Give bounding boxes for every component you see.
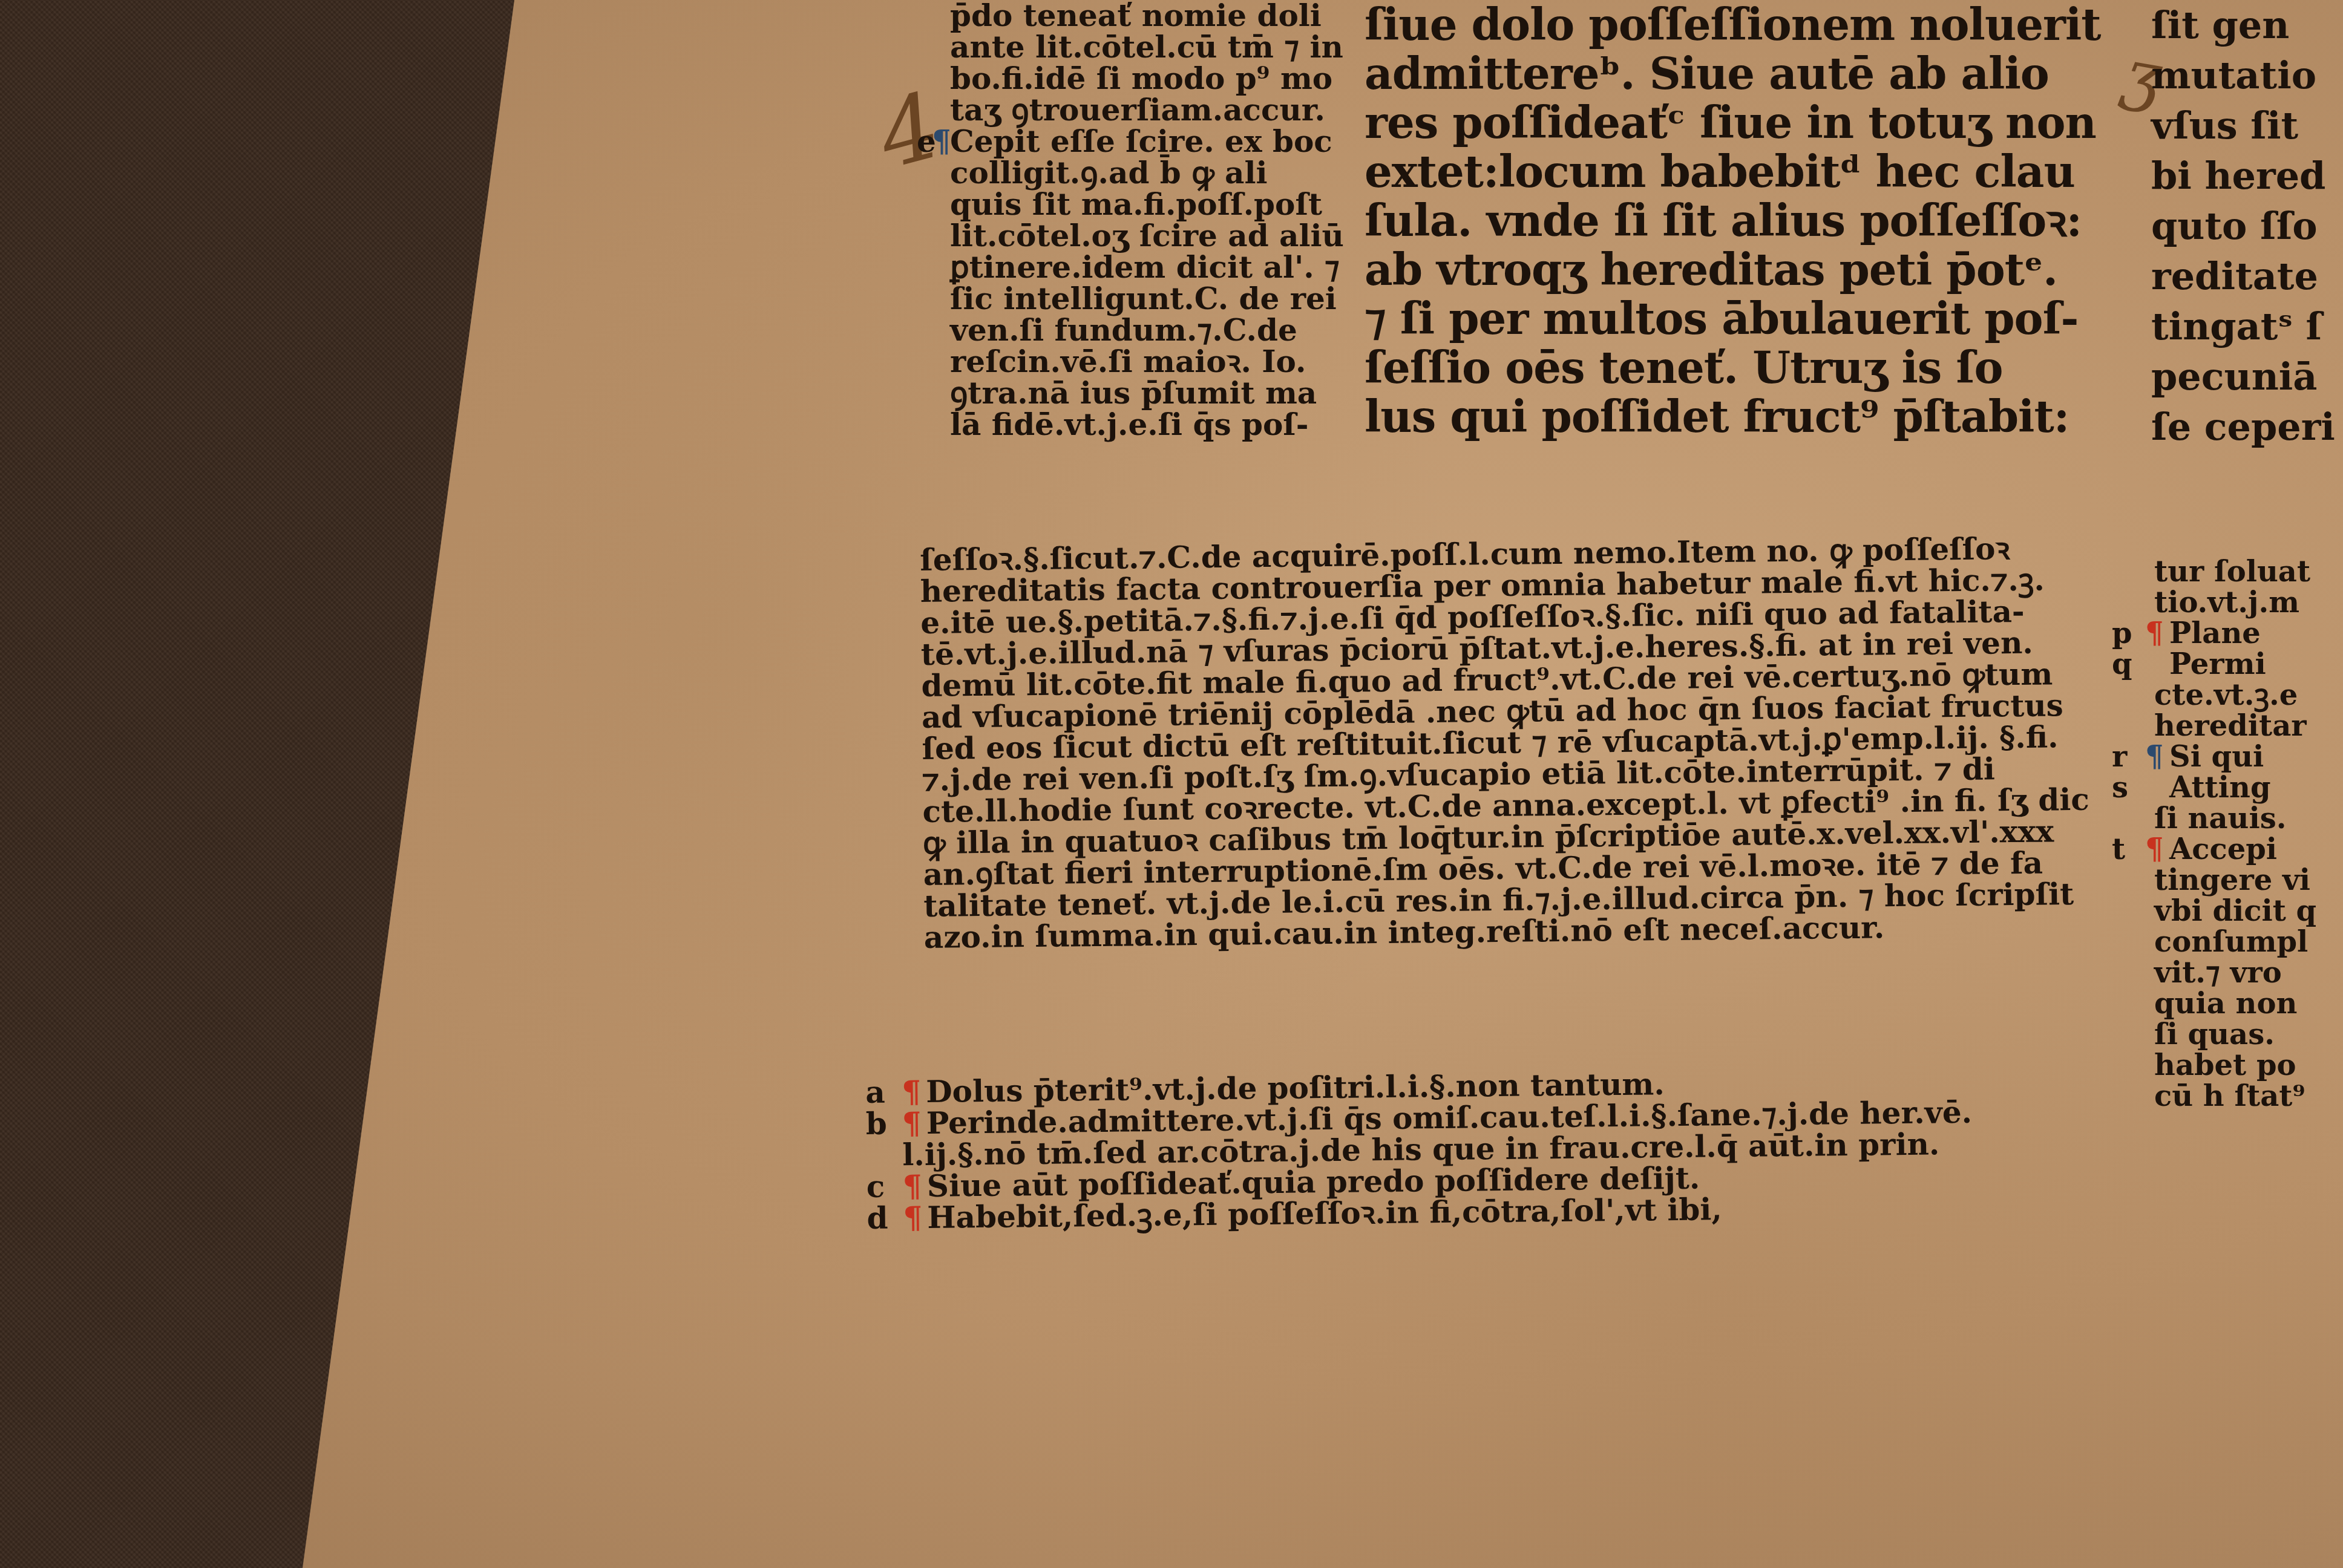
right-gloss-line: vit.⁊ vro <box>2154 958 2316 988</box>
note-letter: c <box>867 1171 903 1203</box>
right-gloss-line: habet po <box>2154 1050 2316 1081</box>
right-gloss-line: cū h ſtat⁹ <box>2154 1081 2316 1112</box>
right-gloss-text: Accepi <box>2169 832 2277 866</box>
gloss-line: ꝑtinere.idem dicit al'. ⁊ <box>950 252 1344 283</box>
right-gloss-text: Permi <box>2169 647 2266 681</box>
right-gloss-line: conſumpl <box>2154 927 2316 958</box>
right-gloss-text: cū h ſtat⁹ <box>2154 1079 2305 1113</box>
right-text-line: pecuniā <box>2151 351 2335 402</box>
gloss-left-column: p̄do teneať nomie doli ante lit.cōtel.cū… <box>950 0 1344 440</box>
main-text-line: extet:locum babebitᵈ hec clau <box>1365 147 2101 196</box>
right-text-column: ſit gen mutatio vſus ſit bi hered quto ſ… <box>2151 0 2335 452</box>
right-gloss-line: cte.vt.ꝫ.e <box>2154 680 2316 711</box>
gloss-line: bo.fi.idē ſi modo p⁹ mo <box>950 63 1344 94</box>
gloss-line: colligit.ꝯ.ad b̄ ꝙ ali <box>950 157 1344 189</box>
main-text-line: ſiue dolo poſſeſſionem noluerit <box>1365 0 2101 49</box>
right-gloss-line: tio.vt.j.m <box>2154 587 2316 618</box>
note-letter: q <box>2112 649 2145 680</box>
right-gloss-line: ſi quas. <box>2154 1019 2316 1050</box>
gloss-line-text: Cepit eſſe ſcire. ex boc <box>950 123 1332 159</box>
right-gloss-line: r¶Si qui <box>2154 742 2316 773</box>
right-gloss-text: vbi dicit q <box>2154 894 2316 928</box>
main-text-line: lus qui poſſidet fruct⁹ p̄ſtabit: <box>1365 392 2101 441</box>
right-gloss-text: conſumpl <box>2154 925 2308 959</box>
right-text-line: vſus ſit <box>2151 100 2335 151</box>
gloss-line: reſcin.vē.ſi maioꝛ. Io. <box>950 346 1344 377</box>
right-text-line: tingatˢ ſ <box>2151 301 2335 351</box>
right-gloss-text: tur ſoluat <box>2154 555 2310 589</box>
pilcrow-blue-icon: ¶ <box>2145 742 2169 773</box>
right-text-line: ſit gen <box>2151 0 2335 50</box>
note-letter: a <box>865 1076 902 1108</box>
right-gloss-line: vbi dicit q <box>2154 896 2316 927</box>
right-gloss-text: tingere vi <box>2154 863 2310 897</box>
note-letter: b <box>866 1108 903 1140</box>
note-letter: t <box>2112 834 2145 865</box>
right-gloss-line: quia non <box>2154 988 2316 1019</box>
note-letter: s <box>2112 773 2145 803</box>
right-gloss-text: Si qui <box>2169 740 2264 774</box>
pilcrow-red-icon: ¶ <box>2145 834 2169 865</box>
right-gloss-line: p¶Plane <box>2154 618 2316 649</box>
main-text-line: ab vtroqʒ hereditas peti p̄otᵉ. <box>1365 245 2101 294</box>
right-gloss-text: Atting <box>2169 771 2270 805</box>
gloss-line: p̄do teneať nomie doli <box>950 0 1344 31</box>
gloss-notes: a ¶ Dolus p̄terit⁹.vt.j.de poſitri.l.i.§… <box>865 1065 1973 1234</box>
main-text-line: ⁊ ſi per multos ābulauerit poſ- <box>1365 294 2101 343</box>
pilcrow-red-icon: ¶ <box>903 1202 928 1233</box>
gloss-bottom-block: ſeſſoꝛ.§.ſicut.⁊.C.de acquirē.poſſ.l.cum… <box>920 532 2091 953</box>
right-gloss-text: Plane <box>2169 616 2261 650</box>
right-gloss-text: vit.⁊ vro <box>2154 956 2282 990</box>
gloss-line: ꝯtra.nā ius p̄ſumit ma <box>950 377 1344 409</box>
right-gloss-text: ſi quas. <box>2154 1018 2275 1051</box>
pilcrow-red-icon: ¶ <box>902 1076 926 1108</box>
right-gloss-text: habet po <box>2154 1048 2296 1082</box>
right-gloss-text: quia non <box>2154 987 2297 1021</box>
right-text-line: ſe ceperi <box>2151 402 2335 452</box>
right-gloss-text: hereditar <box>2154 709 2307 743</box>
gloss-line: ven.ſi fundum.⁊.C.de <box>950 315 1344 346</box>
main-text-line: res poſſideaťᶜ ſiue in totuʒ non <box>1365 98 2101 147</box>
right-gloss-text: ſi nauis. <box>2154 802 2286 835</box>
right-gloss-line: sAtting <box>2154 773 2316 803</box>
pilcrow-red-icon: ¶ <box>2145 618 2169 649</box>
right-gloss-line: tur ſoluat <box>2154 557 2316 587</box>
main-text-line: ſeſſio oēs teneť. Utruʒ is ſo <box>1365 343 2101 392</box>
gloss-line: ſic intelligunt.C. de rei <box>950 283 1344 315</box>
right-gloss-line: hereditar <box>2154 711 2316 742</box>
note-letter: d <box>867 1202 903 1234</box>
right-gloss-line: tingere vi <box>2154 865 2316 896</box>
gloss-line: lā fidē.vt.j.e.ſi q̄s poſ- <box>950 409 1344 440</box>
right-gloss-line: t¶Accepi <box>2154 834 2316 865</box>
right-text-line: reditate <box>2151 251 2335 301</box>
note-letter: r <box>2112 742 2145 773</box>
right-gloss-text: tio.vt.j.m <box>2154 586 2299 619</box>
note-text: Habebit,ſed.ꝫ.e,ſi poſſeſſoꝛ.in fi,cōtra… <box>927 1194 1722 1233</box>
right-text-line: bi hered <box>2151 151 2335 201</box>
gloss-line: taʒ ꝯtrouerſiam.accur. <box>950 94 1344 126</box>
gloss-line: lit.cōtel.oʒ ſcire ad aliū <box>950 220 1344 252</box>
pilcrow-red-icon: ¶ <box>903 1171 928 1202</box>
gloss-line: e ¶ Cepit eſſe ſcire. ex boc <box>950 126 1344 157</box>
right-text-line: mutatio <box>2151 50 2335 100</box>
main-text-line: ſula. vnde ſi ſit alius poſſeſſoꝛ: <box>1365 196 2101 245</box>
main-text-line: admittereᵇ. Siue autē ab alio <box>1365 49 2101 98</box>
pilcrow-blue-icon: ¶ <box>932 126 951 157</box>
right-text-line: quto ſſo <box>2151 201 2335 251</box>
right-gloss-line: ſi nauis. <box>2154 803 2316 834</box>
right-gloss-line: qPermi <box>2154 649 2316 680</box>
right-gloss-column: tur ſoluat tio.vt.j.m p¶Plane qPermi cte… <box>2154 557 2316 1112</box>
pilcrow-red-icon: ¶ <box>902 1108 927 1139</box>
main-text-column: ſiue dolo poſſeſſionem noluerit admitter… <box>1365 0 2101 441</box>
right-gloss-text: cte.vt.ꝫ.e <box>2154 678 2298 712</box>
note-letter: p <box>2112 618 2145 649</box>
gloss-line: ante lit.cōtel.cū tm̄ ⁊ in <box>950 31 1344 63</box>
gloss-line: quis ſit ma.fi.poſſ.poſt <box>950 189 1344 220</box>
